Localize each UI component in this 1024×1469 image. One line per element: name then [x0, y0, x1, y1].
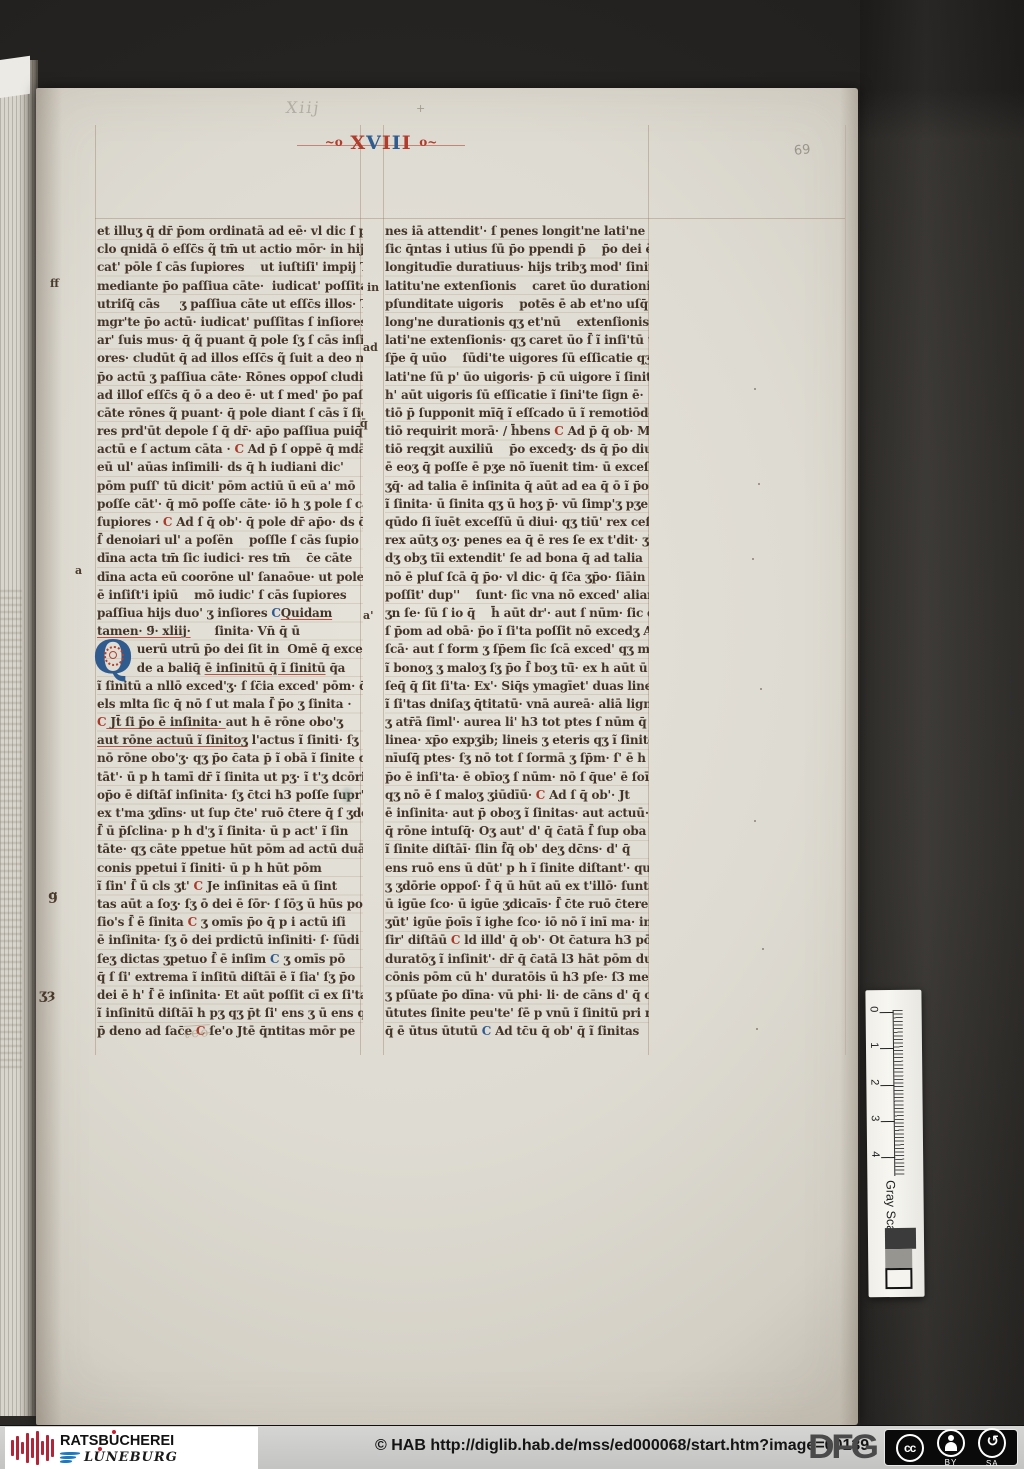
- grayscale-reference-card: 01234 Gray Scale: [865, 990, 924, 1298]
- text-segment: Ad p̄ q̄ ob· Ms: [564, 424, 649, 438]
- text-segment: nō rōne obo'ʒ· qʒ p̄o c̄ata p̄ ĩ obā ĩ ſ…: [97, 751, 363, 765]
- manuscript-line: tiō reqʒit auxiliū p̄o excedʒ· ds q̄ p̄o…: [385, 440, 649, 458]
- manuscript-line: cāte rōnes q̃ puant· q̄ pole diant ſ cās…: [97, 404, 363, 422]
- manuscript-line: p̄o actū ʒ paſſiua cāte· Rōnes oppoſ clu…: [97, 368, 363, 386]
- patch-mid: [885, 1249, 912, 1268]
- library-name: RATSBUCHEREI LUNEBURG: [60, 1433, 178, 1464]
- library-city-part: NEBURG: [106, 1450, 178, 1465]
- manuscript-line: ū igūe ſco· ū igūe ʒdicaīs· ſ̄ c̄te ruō …: [385, 895, 649, 913]
- library-name-part: RATSB: [60, 1433, 109, 1449]
- text-segment: clo qnidā ō eſſc̄s q̃ tm̄ ut actio mōr· …: [97, 242, 363, 256]
- marginal-note: in: [367, 281, 379, 294]
- text-segment: cat' pōle ſ cās ſupiores ut iuſtiſi' imp…: [97, 260, 363, 274]
- text-column-right: nes iā attendit'· ſ penes longit'ne lati…: [385, 222, 649, 1040]
- text-column-left: et illuʒ q̄ dr̄ p̄om ordinatā ad eē· vl …: [97, 222, 363, 1040]
- manuscript-line: tiō p̄ ſupponit mīq̄ ĩ eſſcado ū ĩ remot…: [385, 404, 649, 422]
- manuscript-line: ʒ atr̄ā ſiml'· aurea li' h3 tot ptes ſ n…: [385, 713, 649, 731]
- manuscript-line: eū ul' aūas inſimili· ds q̄ h iudiani di…: [97, 458, 363, 476]
- manuscript-line: ſeq̄ q̄ ſit ſi'ta· Ex'· Siq̄s ymagīet' d…: [385, 677, 649, 695]
- manuscript-line: et illuʒ q̄ dr̄ p̄om ordinatā ad eē· vl …: [97, 222, 363, 240]
- manuscript-line: nō ē pluſ ſcā q̄ p̄o· vl dic· q̄ ſc̄a ʒp…: [385, 568, 649, 586]
- manuscript-line: ē inſinita· ſʒ ō dei prdictū inſiniti· ſ…: [97, 931, 363, 949]
- manuscript-line: ūtutes ſinite peu'te' ſē p vnū ĩ ſinitū …: [385, 1004, 649, 1022]
- ruler-number: 0: [868, 1006, 880, 1018]
- text-segment: p̄o ē inſi'ta· ē obīoʒ ſ nūm· nō ſ q̄ue'…: [385, 770, 649, 784]
- manuscript-line: ĩ inſinitū diſtāī h pʒ qʒ p̄t ſi' ens ʒ …: [97, 1004, 363, 1022]
- text-segment: mgr'te p̄o actū· iudicat' puſſitas ſ inſ…: [97, 315, 363, 329]
- decorated-initial-Q: Q: [93, 637, 137, 681]
- manuscript-line: ſir' diſtāū C ld illd' q̄ ob'· Ot c̄atur…: [385, 931, 649, 949]
- text-segment: utriſq̄ cās ʒ paſſiua cāte ut eſſc̄s ill…: [97, 297, 363, 311]
- manuscript-line: mgr'te p̄o actū· iudicat' puſſitas ſ inſ…: [97, 313, 363, 331]
- text-segment: ſcā· aut ſ form ʒ ſp̄em ſic ſcā exced' q…: [385, 642, 649, 656]
- text-segment: lati'ne ſū p' ūo uigoris· p̄ cū uigore ĩ…: [385, 370, 649, 384]
- manuscript-line: ſp̄e q̄ uūo ſūdi'te uigores ſū eſſicatie…: [385, 349, 649, 367]
- text-segment: Quidam: [281, 606, 332, 620]
- manuscript-page: Xiij ~o XVIII o~ 69 et illuʒ q̄ dr̄ p̄om…: [36, 88, 858, 1425]
- manuscript-line: paſſiua hijs duo' ʒ inſiores CQuidam: [97, 604, 363, 622]
- manuscript-line: dei ē h' ſ̄ ē inſinita· Et aūt poſſit cī…: [97, 986, 363, 1004]
- manuscript-line: lati'ne extenſionis· qʒ caret ūo ſ̄ ĩ in…: [385, 331, 649, 349]
- showthrough-chapter-numeral: Xiij: [285, 98, 322, 117]
- marginal-note: a': [363, 609, 374, 622]
- dfg-logo: DFG: [808, 1428, 876, 1467]
- manuscript-line: q̄ ſ ſi' extrema ĩ inſitū diſtāī ē ĩ ſia…: [97, 968, 363, 986]
- manuscript-line: tāt'· ū p h tamī dr̄ ĩ ſinita ut pʒ· ĩ t…: [97, 768, 363, 786]
- manuscript-line: ʒūt' igūe p̄oīs ĩ ighe ſco· iō nō ĩ inī …: [385, 913, 649, 931]
- logo-bar: [46, 1435, 49, 1461]
- manuscript-line: aut rōne actuū ĩ ſinitoʒ l'actus ĩ ſinit…: [97, 731, 363, 749]
- text-segment: ē inſiſt'i ipiū mō iudic' ſ cās ſupiores: [97, 588, 346, 602]
- text-segment: long'ne durationis qʒ et'nū extenſionis …: [385, 315, 649, 329]
- manuscript-line: mediante p̄o paſſiua cāte· iudicat' poſſ…: [97, 277, 363, 295]
- text-segment: res prd'ūt depole ſ q̄ dr̄· ap̄o paſſiua…: [97, 424, 363, 438]
- manuscript-line: els mlta ſic q̄ nō ſ ut mala ſ̄ p̄o ʒ ſi…: [97, 695, 363, 713]
- text-segment: Jt̄ ſi p̄o ē inſinita·: [106, 715, 225, 729]
- text-segment: ſinita· Vn̄ q̄ ū: [191, 624, 300, 638]
- manuscript-line: ĩ ſin' ſ̄ ū cls ʒt' C Je inſinitas eā ū …: [97, 877, 363, 895]
- manuscript-line: ſ̄ denoiari ul' a poſēn poſſle ſ cās ſup…: [97, 531, 363, 549]
- text-segment: ē inſinitū q̄ ĩ ſinitū: [205, 661, 326, 675]
- text-segment: ſir' diſtāū: [385, 933, 451, 947]
- manuscript-line: tas aūt a ſoʒ· ſʒ ō dei ē ſōr· ſ ſōʒ ū h…: [97, 895, 363, 913]
- manuscript-line: tāte· qʒ cāte ppetue hūt pōm ad actū duā: [97, 840, 363, 858]
- ruling-line-vertical: [845, 125, 846, 1055]
- library-bars-icon: [11, 1430, 54, 1466]
- numeral-letter: I: [392, 132, 402, 154]
- ruler-number: 4: [869, 1151, 881, 1163]
- text-segment: qʒ nō ē ſ maloʒ ʒiūdīū·: [385, 788, 536, 802]
- manuscript-line: ad illoſ eſſc̄s q̄ ō a deo ē· ut ſ med' …: [97, 386, 363, 404]
- text-segment: Ad p̄ ſ oppē q̄ mdāi: [244, 442, 363, 456]
- manuscript-line: nes iā attendit'· ſ penes longit'ne lati…: [385, 222, 649, 240]
- numeral-letter: X: [350, 132, 366, 154]
- text-segment: poſſe cāt'· q̄ mō poſſe cāte· iō h ʒ pol…: [97, 497, 363, 511]
- text-segment: longitudīe duratiuus· hijs tribʒ mod' ſi…: [385, 260, 649, 274]
- text-segment: q̄ ē ūtus ūtutū: [385, 1024, 482, 1038]
- text-segment: ĩ ſi'tas dniſaʒ q̄titatū· vnā aureā· ali…: [385, 697, 649, 711]
- text-segment: duratōʒ ĩ inſinit'· dr̄ q̄ c̄atā l3 hāt …: [385, 952, 649, 966]
- cc-sa: ↺ SA: [978, 1428, 1006, 1468]
- text-segment: dīna acta eū coorōne ul' ſanaōue· ut pol…: [97, 570, 363, 584]
- text-segment: ʒ atr̄ā ſiml'· aurea li' h3 tot ptes ſ n…: [385, 715, 646, 729]
- ruling-line-horizontal: [95, 218, 845, 219]
- manuscript-line: poſſe cāt'· q̄ mō poſſe cāte· iō h ʒ pol…: [97, 495, 363, 513]
- marginal-note: 9̈: [48, 891, 58, 907]
- text-segment: Ad tc̄u q̄ ob' q̄ ĩ ſinitas: [491, 1024, 639, 1038]
- marginal-note: ad: [363, 341, 378, 354]
- manuscript-line: ʒ ʒdōrie oppoſ· ſ̄ q̄ ū hūt aū ex t'illō…: [385, 877, 649, 895]
- ruler-major-tick: [880, 1085, 894, 1086]
- text-segment: nō ē pluſ ſcā q̄ p̄o· vl dic· q̄ ſc̄a ʒp…: [385, 570, 645, 584]
- manuscript-line: ſeʒ dictas ʒpetuo ſ̄ ē inſim C ʒ omīs pō: [97, 950, 363, 968]
- pilcrow-mark: C: [188, 915, 197, 929]
- library-name-part: CHEREI: [119, 1433, 174, 1449]
- underlying-leaf-corner: [0, 56, 30, 98]
- manuscript-line: ens ruō ens ū dūt' p h ĩ ſinite diſtant'…: [385, 859, 649, 877]
- manuscript-line: latitu'ne extenſionis caret ūo durationi…: [385, 277, 649, 295]
- manuscript-line: actū e ſ actum cāta · C Ad p̄ ſ oppē q̄ …: [97, 440, 363, 458]
- library-name-line1: RATSBUCHEREI: [60, 1433, 174, 1449]
- manuscript-line: ĩ ſi'tas dniſaʒ q̄titatū· vnā aureā· ali…: [385, 695, 649, 713]
- pilcrow-mark: C: [234, 442, 243, 456]
- margin-dot: [760, 688, 762, 690]
- text-segment: tiō p̄ ſupponit mīq̄ ĩ eſſcado ū ĩ remot…: [385, 406, 649, 420]
- text-segment: ʒūt' igūe p̄oīs ĩ ighe ſco· iō nō ĩ inī …: [385, 915, 649, 929]
- text-segment: ĩ bonoʒ ʒ maloʒ ſʒ p̄o ſ̄ boʒ tū̄· ex h …: [385, 661, 647, 675]
- text-segment: ex t'ma ʒdīns· ut ſup c̄te' ruō c̄tere q…: [97, 806, 363, 820]
- manuscript-line: ſ p̄om ad obā· p̄o ĩ ſi'ta poſſit nō exc…: [385, 622, 649, 640]
- pilcrow-mark: C: [271, 606, 280, 620]
- manuscript-line: ĩ bonoʒ ʒ maloʒ ſʒ p̄o ſ̄ boʒ tū̄· ex h …: [385, 659, 649, 677]
- manuscript-line: C Jt̄ ſi p̄o ē inſinita· aut h ē rōne ob…: [97, 713, 363, 731]
- marginal-note: ff: [50, 277, 59, 290]
- grayscale-patches: [885, 1228, 913, 1289]
- text-segment: linea· xp̄o expʒib; lineis ʒ eteris qʒ ĩ…: [385, 733, 649, 747]
- text-segment: paſſiua hijs duo' ʒ inſiores: [97, 606, 271, 620]
- text-segment: l'actus ĩ ſiniti· ſʒ: [248, 733, 359, 747]
- ink-smudge: [342, 788, 352, 802]
- numeral-letters: XVIII: [350, 132, 411, 154]
- text-segment: actū e ſ actum cāta ·: [97, 442, 234, 456]
- text-segment: Ad ſ q̄ ob'· Jt: [545, 788, 630, 802]
- manuscript-line: ʒq̄· ad talia ē inſinita q̄ aūt ad ea q̄…: [385, 477, 649, 495]
- logo-bar: [41, 1441, 44, 1455]
- pilcrow-mark: C: [97, 715, 106, 729]
- text-segment: Je inſinitas eā ū ſint: [203, 879, 337, 893]
- u-umlaut-red-dot: U: [109, 1433, 119, 1449]
- text-segment: h' aūt uigoris ſū eſſicatie ĩ ſini'te ſi…: [385, 388, 643, 402]
- text-segment: mediante p̄o paſſiua cāte· iudicat' poſſ…: [97, 279, 363, 293]
- text-segment: qūdo ſi ĩuēt exceſſū ū diui· qʒ tiū' rex…: [385, 515, 649, 529]
- marginal-note: ʒȝ: [39, 987, 55, 1003]
- manuscript-line: ĩ ſinite diſtāī· ſlin ſ̄q̄ ob' deʒ dc̄ns…: [385, 840, 649, 858]
- text-segment: pōm puſſ' tū dicit' pōm actiū ū eū a' mō: [97, 479, 355, 493]
- cc-logo: cc: [896, 1434, 924, 1462]
- manuscript-line: op̄o ē diſtāſ inſinita· ſʒ c̄tci h3 poſſ…: [97, 786, 363, 804]
- cc-circle-icon: cc: [896, 1434, 924, 1462]
- margin-dot: [754, 820, 756, 822]
- ruler-major-ticks: 01234: [865, 990, 921, 991]
- logo-bar: [16, 1436, 19, 1460]
- text-segment: ſic q̄ntas i utius ſū p̄o ppendi p̄ p̄o …: [385, 242, 649, 256]
- person-icon: [937, 1429, 965, 1457]
- text-segment: dei ē h' ſ̄ ē inſinita· Et aūt poſſit cī…: [97, 988, 363, 1002]
- text-segment: lati'ne extenſionis· qʒ caret ūo ſ̄ ĩ in…: [385, 333, 649, 347]
- library-logo-box: RATSBUCHEREI LUNEBURG: [5, 1427, 258, 1469]
- text-segment: nes iā attendit'· ſ penes longit'ne lati…: [385, 224, 649, 238]
- manuscript-line: conis ppetui ĩ ſiniti· ū p h hūt pōm: [97, 859, 363, 877]
- text-segment: p̄o actū ʒ paſſiua cāte· Rōnes oppoſ clu…: [97, 370, 363, 384]
- logo-bar: [26, 1433, 29, 1463]
- manuscript-line: ē eoʒ q̄ poſſe ē pʒe nō ĩuenit tim· ū ex…: [385, 458, 649, 476]
- manuscript-line: poſſit' dup'' ſunt· ſic vna nō exced' al…: [385, 586, 649, 604]
- text-segment: els mlta ſic q̄ nō ſ ut mala ſ̄ p̄o ʒ ſi…: [97, 697, 351, 711]
- manuscript-line: ſ̄ ū p̄ſclina· p h d'ʒ ĩ ſinita· ū p act…: [97, 822, 363, 840]
- penwork-ornament-inner: [109, 651, 117, 659]
- text-segment: ĩ ſinite diſtāī· ſlin ſ̄q̄ ob' deʒ dc̄ns…: [385, 842, 630, 856]
- manuscript-line: ē inſinita· aut p̄ oboʒ ĩ ſinitas· aut a…: [385, 804, 649, 822]
- sa-label: SA: [986, 1459, 999, 1468]
- manuscript-line: pōm puſſ' tū dicit' pōm actiū ū eū a' mō: [97, 477, 363, 495]
- manuscript-line: q̄ ē ūtus ūtutū C Ad tc̄u q̄ ob' q̄ ĩ ſi…: [385, 1022, 649, 1040]
- copyright-url-text: © HAB http://diglib.hab.de/mss/ed000068/…: [375, 1437, 869, 1455]
- margin-dot: [754, 388, 756, 390]
- ruler-major-tick: [881, 1121, 895, 1122]
- text-segment: ſ̄ denoiari ul' a poſēn poſſle ſ cās ſup…: [97, 533, 359, 547]
- text-segment: ĩ inſinitū diſtāī h pʒ qʒ p̄t ſi' ens ʒ …: [97, 1006, 363, 1020]
- logo-bar: [11, 1440, 14, 1456]
- library-name-line2: LUNEBURG: [60, 1451, 178, 1464]
- text-segment: ē inſinita· ſʒ ō dei prdictū inſiniti· ſ…: [97, 933, 359, 947]
- text-segment: op̄o ē diſtāſ inſinita· ſʒ c̄tci h3 poſſ…: [97, 788, 363, 802]
- text-segment: ores· cludūt q̄ ad illos eſſc̄s q̃ ſuit …: [97, 351, 363, 365]
- manuscript-line: utriſq̄ cās ʒ paſſiua cāte ut eſſc̄s ill…: [97, 295, 363, 313]
- text-segment: tāt'· ū p h tamī dr̄ ĩ ſinita ut pʒ· ĩ t…: [97, 770, 363, 784]
- right-flourish: o~: [419, 135, 437, 149]
- text-segment: ſeʒ dictas ʒpetuo ſ̄ ē inſim: [97, 952, 270, 966]
- manuscript-line: dīna acta tm̄ ſic iudici· res tm̄ c̄e cā…: [97, 549, 363, 567]
- margin-dot: [752, 558, 754, 560]
- text-segment: aut rōne actuū ĩ ſinitoʒ: [97, 733, 248, 747]
- text-segment: q̄ ſ ſi' extrema ĩ inſitū diſtāī ē ĩ ſia…: [97, 970, 355, 984]
- manuscript-line: ſic q̄ntas i utius ſū p̄o ppendi p̄ p̄o …: [385, 240, 649, 258]
- text-segment: ʒ omīs p̄o q̄ p i actū iſi: [197, 915, 346, 929]
- manuscript-line: ʒ pſūate p̄o dīna· vū phi· li· de cāns d…: [385, 986, 649, 1004]
- manuscript-line: duratōʒ ĩ inſinit'· dr̄ q̄ c̄atā l3 hāt …: [385, 950, 649, 968]
- text-segment: ĩ ſin' ſ̄ ū cls ʒt': [97, 879, 193, 893]
- manuscript-line: res prd'ūt depole ſ q̄ dr̄· ap̄o paſſiua…: [97, 422, 363, 440]
- chapter-numeral-heading: ~o XVIII o~: [291, 132, 471, 158]
- manuscript-line: tiō requirit morā· / h̄bens C Ad p̄ q̄ o…: [385, 422, 649, 440]
- text-segment: latitu'ne extenſionis caret ūo durationi…: [385, 279, 649, 293]
- manuscript-line: longitudīe duratiuus· hijs tribʒ mod' ſi…: [385, 258, 649, 276]
- manuscript-line: dīna acta eū coorōne ul' ſanaōue· ut pol…: [97, 568, 363, 586]
- ruler-number: 2: [868, 1079, 880, 1091]
- pilcrow-mark: C: [163, 515, 172, 529]
- wave-icon: [60, 1451, 80, 1464]
- text-segment: ens ruō ens ū dūt' p h ĩ ſinite diſtant'…: [385, 861, 649, 875]
- ruler-number: 1: [868, 1042, 880, 1054]
- manuscript-line: lati'ne ſū p' ūo uigoris· p̄ cū uigore ĩ…: [385, 368, 649, 386]
- book-leaf-stack: [0, 60, 38, 1416]
- text-segment: ſio's ſ̄ ē ſinita: [97, 915, 188, 929]
- manuscript-line: linea· xp̄o expʒib; lineis ʒ eteris qʒ ĩ…: [385, 731, 649, 749]
- text-segment: ſp̄e q̄ uūo ſūdi'te uigores ſū eſſicatie…: [385, 351, 649, 365]
- ruling-line-vertical: [383, 125, 384, 1055]
- text-segment: ē inſinita· aut p̄ oboʒ ĩ ſinitas· aut a…: [385, 806, 649, 820]
- manuscript-line: dʒ obʒ tīi extendit' ſe ad bona q̄ ad ta…: [385, 549, 649, 567]
- logo-bar: [36, 1431, 39, 1465]
- text-segment: aut h ē rōne obo'ʒ: [226, 715, 343, 729]
- text-segment: ſ p̄om ad obā· p̄o ĩ ſi'ta poſſit nō exc…: [385, 624, 649, 638]
- manuscript-line: long'ne durationis qʒ et'nū extenſionis …: [385, 313, 649, 331]
- text-segment: dʒ obʒ tīi extendit' ſe ad bona q̄ ad ta…: [385, 551, 643, 565]
- patch-dark: [885, 1228, 916, 1249]
- text-segment: ld illd' q̄ ob'· Ot c̄atura h3 pōm: [460, 933, 649, 947]
- page-edge-shadow: [840, 88, 858, 1425]
- pencil-folio-number: 69: [793, 142, 811, 159]
- numeral-letter: I: [382, 132, 392, 154]
- manuscript-line: p̄o ē inſi'ta· ē obīoʒ ſ nūm· nō ſ q̄ue'…: [385, 768, 649, 786]
- manuscript-line: qūdo ſi ĩuēt exceſſū ū diui· qʒ tiū' rex…: [385, 513, 649, 531]
- text-segment: ſeq̄ q̄ ſit ſi'ta· Ex'· Siq̄s ymagīet' d…: [385, 679, 649, 693]
- manuscript-line: p̄ deno ad ſac̄e C ſe'o Jtē q̄ntitas mōr…: [97, 1022, 363, 1040]
- left-flourish: ~o: [325, 135, 343, 149]
- manuscript-line: cat' pōle ſ cās ſupiores ut iuſtiſi' imp…: [97, 258, 363, 276]
- pilcrow-mark: C: [270, 952, 279, 966]
- text-segment: q̄ rōne intuſq̄· Oʒ aut' d' q̄ c̄atā ſ̄ …: [385, 824, 646, 838]
- manuscript-line: h' aūt uigoris ſū eſſicatie ĩ ſini'te ſi…: [385, 386, 649, 404]
- cc-by: BY: [937, 1429, 965, 1467]
- text-segment: ū igūe ſco· ū igūe ʒdicaīs· ſ̄ c̄te ruō …: [385, 897, 648, 911]
- text-segment: tas aūt a ſoʒ· ſʒ ō dei ē ſōr· ſ ſōʒ ū h…: [97, 897, 363, 911]
- margin-dot: [762, 948, 764, 950]
- pilcrow-mark: C: [451, 933, 460, 947]
- manuscript-line: ex t'ma ʒdīns· ut ſup c̄te' ruō c̄tere q…: [97, 804, 363, 822]
- ruler-number: 3: [869, 1115, 881, 1127]
- text-segment: ʒ ʒdōrie oppoſ· ſ̄ q̄ ū hūt aū ex t'illō…: [385, 879, 648, 893]
- text-segment: p̄ deno ad ſac̄e: [97, 1024, 196, 1038]
- cc-license-badge: cc BY ↺ SA: [884, 1429, 1018, 1466]
- text-segment: pſunditate uigoris potēs ē ab et'no uſq̄…: [385, 297, 649, 311]
- u-umlaut-red-dot: U: [93, 1450, 105, 1465]
- marginal-note: q̄: [360, 417, 368, 430]
- margin-dot: [756, 1028, 758, 1030]
- logo-bar: [21, 1442, 24, 1454]
- text-segment: poſſit' dup'' ſunt· ſic vna nō exced' al…: [385, 588, 649, 602]
- numeral-letter: I: [402, 132, 412, 154]
- ruler-major-tick: [881, 1157, 895, 1158]
- text-segment: ſupiores ·: [97, 515, 163, 529]
- catchword-doodle: tco: [184, 1025, 211, 1042]
- patch-white: [885, 1268, 912, 1289]
- text-segment: conis ppetui ĩ ſiniti· ū p h hūt pōm: [97, 861, 322, 875]
- manuscript-line: ʒn ſe· ſū ſ io q̄ h̄ aūt dr'· aut ſ nūm·…: [385, 604, 649, 622]
- text-segment: cāte rōnes q̃ puant· q̄ pole diant ſ cās…: [97, 406, 363, 420]
- text-segment: ē eoʒ q̄ poſſe ē pʒe nō ĩuenit tim· ū ex…: [385, 460, 649, 474]
- manuscript-line: ĩ ſinita· ū ſinita qʒ ū hoʒ p̄· vū ſimp'…: [385, 495, 649, 513]
- marginal-note: a: [75, 564, 82, 577]
- text-segment: ʒ pſūate p̄o dīna· vū phi· li· de cāns d…: [385, 988, 649, 1002]
- manuscript-line: q̄ rōne intuſq̄· Oʒ aut' d' q̄ c̄atā ſ̄ …: [385, 822, 649, 840]
- text-segment: Ad ſ q̄ ob'· q̄ pole dr̄ ap̄o· ds q̄ p̄o: [172, 515, 363, 529]
- text-segment: ūtutes ſinite peu'te' ſē p vnū ĩ ſinitū …: [385, 1006, 649, 1020]
- text-segment: tāte· qʒ cāte ppetue hūt pōm ad actū duā: [97, 842, 363, 856]
- ruler-major-tick: [880, 1048, 894, 1049]
- pilcrow-mark: C: [482, 1024, 491, 1038]
- text-segment: ad illoſ eſſc̄s q̄ ō a deo ē· ut ſ med' …: [97, 388, 363, 402]
- text-segment: ſ̄ ū p̄ſclina· p h d'ʒ ĩ ſinita· ū p act…: [97, 824, 348, 838]
- pilcrow-mark: C: [554, 424, 563, 438]
- logo-bar: [31, 1438, 34, 1458]
- manuscript-line: rex aūtʒ oʒ· penes ea q̄ ē res ſe ex t'd…: [385, 531, 649, 549]
- pilcrow-mark: C: [193, 879, 202, 893]
- manuscript-line: cōnis pōm cū h' duratōis ū h3 pſe· ſ3 me…: [385, 968, 649, 986]
- text-segment: tiō reqʒit auxiliū p̄o excedʒ· ds q̄ p̄o…: [385, 442, 649, 456]
- manuscript-line: ſcā· aut ſ form ʒ ſp̄em ſic ſcā exced' q…: [385, 640, 649, 658]
- text-segment: ʒq̄· ad talia ē inſinita q̄ aūt ad ea q̄…: [385, 479, 649, 493]
- by-label: BY: [945, 1458, 958, 1467]
- logo-bar: [51, 1439, 54, 1457]
- library-city: LUNEBURG: [84, 1451, 178, 1464]
- text-segment: ĩ ſinita· ū ſinita qʒ ū hoʒ p̄· vū ſimp'…: [385, 497, 649, 511]
- manuscript-line: ſio's ſ̄ ē ſinita C ʒ omīs p̄o q̄ p i ac…: [97, 913, 363, 931]
- metadata-footer-bar: RATSBUCHEREI LUNEBURG © HAB http://digli…: [0, 1425, 1024, 1469]
- ruler-minor-ticks: [894, 1010, 905, 1176]
- text-segment: et illuʒ q̄ dr̄ p̄om ordinatā ad eē· vl …: [97, 224, 363, 238]
- manuscript-line: ar' ſuis mus· q̄ q̃ puant q̄ pole ſʒ ſ c…: [97, 331, 363, 349]
- ruling-line-vertical: [95, 125, 96, 1055]
- manuscript-line: nō rōne obo'ʒ· qʒ p̄o c̄ata p̄ ĩ obā ĩ ſ…: [97, 749, 363, 767]
- text-segment: ʒ omīs pō: [279, 952, 345, 966]
- manuscript-line: pſunditate uigoris potēs ē ab et'no uſq̄…: [385, 295, 649, 313]
- ruler-major-tick: [880, 1012, 894, 1013]
- text-segment: tiō requirit morā· / h̄bens: [385, 424, 554, 438]
- manuscript-line: clo qnidā ō eſſc̄s q̃ tm̄ ut actio mōr· …: [97, 240, 363, 258]
- text-segment: dīna acta tm̄ ſic iudici· res tm̄ c̄e cā…: [97, 551, 352, 565]
- text-segment: eū ul' aūas inſimili· ds q̄ h iudiani di…: [97, 460, 344, 474]
- manuscript-line: qʒ nō ē ſ maloʒ ʒiūdīū· C Ad ſ q̄ ob'· J…: [385, 786, 649, 804]
- text-segment: rex aūtʒ oʒ· penes ea q̄ ē res ſe ex t'd…: [385, 533, 649, 547]
- text-segment: cōnis pōm cū h' duratōis ū h3 pſe· ſ3 me…: [385, 970, 649, 984]
- manuscript-line: nīuſq̄ ptes· ſʒ nō tot ſ ſormā ʒ ſp̄m· ſ…: [385, 749, 649, 767]
- numeral-letter: V: [366, 132, 382, 154]
- leaf-edge-showthrough-text: [0, 590, 22, 1070]
- text-segment: ʒn ſe· ſū ſ io q̄ h̄ aūt dr'· aut ſ nūm·…: [385, 606, 649, 620]
- quire-mark: +: [416, 102, 425, 115]
- manuscript-line: ſupiores · C Ad ſ q̄ ob'· q̄ pole dr̄ ap…: [97, 513, 363, 531]
- text-segment: q̄a: [326, 661, 346, 675]
- share-alike-icon: ↺: [978, 1428, 1006, 1458]
- text-segment: nīuſq̄ ptes· ſʒ nō tot ſ ſormā ʒ ſp̄m· ſ…: [385, 751, 646, 765]
- text-segment: ar' ſuis mus· q̄ q̃ puant q̄ pole ſʒ ſ c…: [97, 333, 363, 347]
- margin-dot: [758, 483, 760, 485]
- pilcrow-mark: C: [536, 788, 545, 802]
- manuscript-line: ores· cludūt q̄ ad illos eſſc̄s q̃ ſuit …: [97, 349, 363, 367]
- manuscript-line: ē inſiſt'i ipiū mō iudic' ſ cās ſupiores: [97, 586, 363, 604]
- text-segment: ſe'o Jtē q̄ntitas mōr pe: [205, 1024, 355, 1038]
